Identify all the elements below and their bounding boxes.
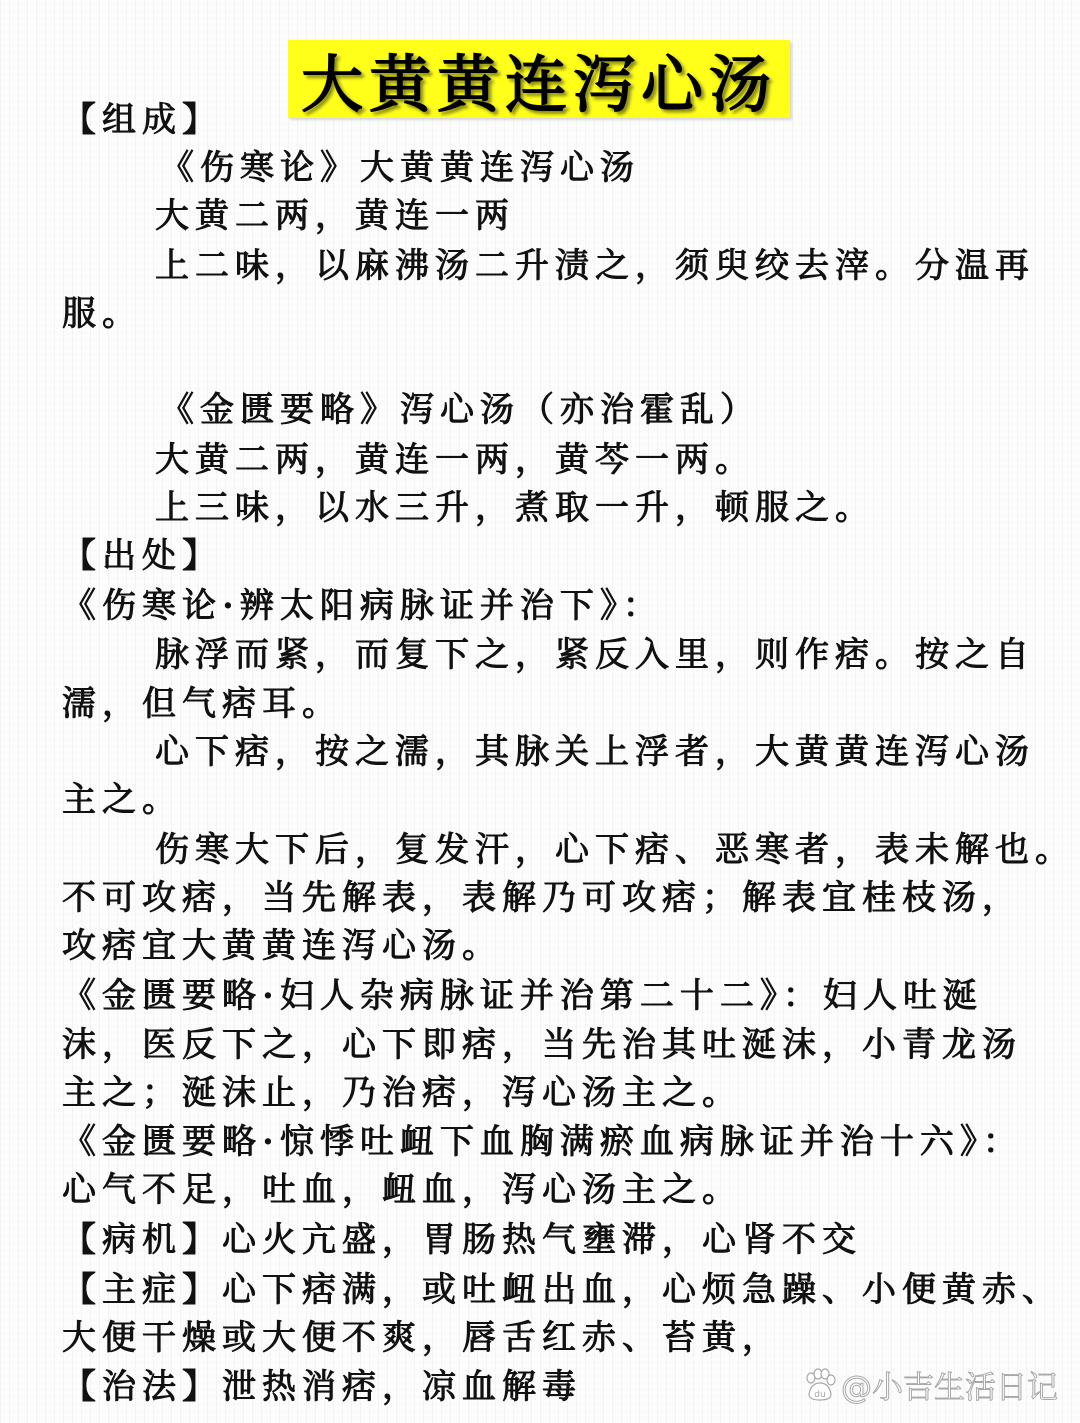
pathogenesis-text: 心火亢盛，胃肠热气壅滞，心肾不交 (222, 1220, 862, 1260)
symptoms-row: 【主症】心下痞满，或吐衄出血，心烦急躁、小便黄赤、 (62, 1268, 1062, 1312)
watermark: du @小吉生活日记 (803, 1362, 1058, 1407)
composition-line: 上二味，以麻沸汤二升渍之，须臾绞去滓。分温再 (155, 244, 1035, 288)
source-line: 脉浮而紧，而复下之，紧反入里，则作痞。按之自 (155, 633, 1035, 677)
section-heading-pathogenesis: 【病机】 (62, 1220, 222, 1260)
source-line: 心下痞，按之濡，其脉关上浮者，大黄黄连泻心汤 (155, 730, 1035, 774)
page-title: 大黄黄连泻心汤 (301, 35, 777, 124)
title-banner: 大黄黄连泻心汤 (288, 40, 790, 118)
baidu-paw-icon: du (803, 1368, 837, 1402)
source-line: 濡，但气痞耳。 (62, 682, 342, 726)
section-heading-composition: 【组成】 (62, 98, 222, 142)
section-heading-source: 【出处】 (62, 534, 222, 578)
source-line: 主之；涎沫止，乃治痞，泻心汤主之。 (62, 1071, 742, 1115)
symptoms-text-continued: 大便干燥或大便不爽，唇舌红赤、苔黄， (62, 1316, 782, 1360)
composition-line: 《金匮要略》泻心汤（亦治霍乱） (160, 388, 760, 432)
pathogenesis-row: 【病机】心火亢盛，胃肠热气壅滞，心肾不交 (62, 1218, 862, 1262)
section-heading-treatment: 【治法】 (62, 1367, 222, 1407)
composition-line: 上三味，以水三升，煮取一升，顿服之。 (155, 486, 875, 530)
treatment-text: 泄热消痞，凉血解毒 (222, 1367, 582, 1407)
source-line: 《金匮要略·妇人杂病脉证并治第二十二》：妇人吐涎 (62, 974, 983, 1018)
source-line: 心气不足，吐血，衄血，泻心汤主之。 (62, 1168, 742, 1212)
source-line: 《金匮要略·惊悸吐衄下血胸满瘀血病脉证并治十六》： (62, 1120, 1023, 1164)
source-line: 伤寒大下后，复发汗，心下痞、恶寒者，表未解也。 (155, 828, 1075, 872)
composition-line: 《伤寒论》大黄黄连泻心汤 (160, 146, 640, 190)
composition-line: 大黄二两，黄连一两，黄芩一两。 (155, 438, 755, 482)
source-line: 沫，医反下之，心下即痞，当先治其吐涎沫，小青龙汤 (62, 1023, 1022, 1067)
source-line: 主之。 (62, 778, 182, 822)
composition-line: 服。 (62, 292, 142, 336)
svg-text:du: du (814, 1390, 825, 1400)
source-line: 不可攻痞，当先解表，表解乃可攻痞；解表宜桂枝汤， (62, 876, 1022, 920)
section-heading-symptoms: 【主症】 (62, 1270, 222, 1310)
source-line: 《伤寒论·辨太阳病脉证并治下》： (62, 584, 663, 628)
symptoms-text: 心下痞满，或吐衄出血，心烦急躁、小便黄赤、 (222, 1270, 1062, 1310)
treatment-row: 【治法】泄热消痞，凉血解毒 (62, 1365, 582, 1409)
watermark-text: @小吉生活日记 (841, 1362, 1058, 1407)
composition-line: 大黄二两，黄连一两 (155, 194, 515, 238)
source-line: 攻痞宜大黄黄连泻心汤。 (62, 924, 502, 968)
